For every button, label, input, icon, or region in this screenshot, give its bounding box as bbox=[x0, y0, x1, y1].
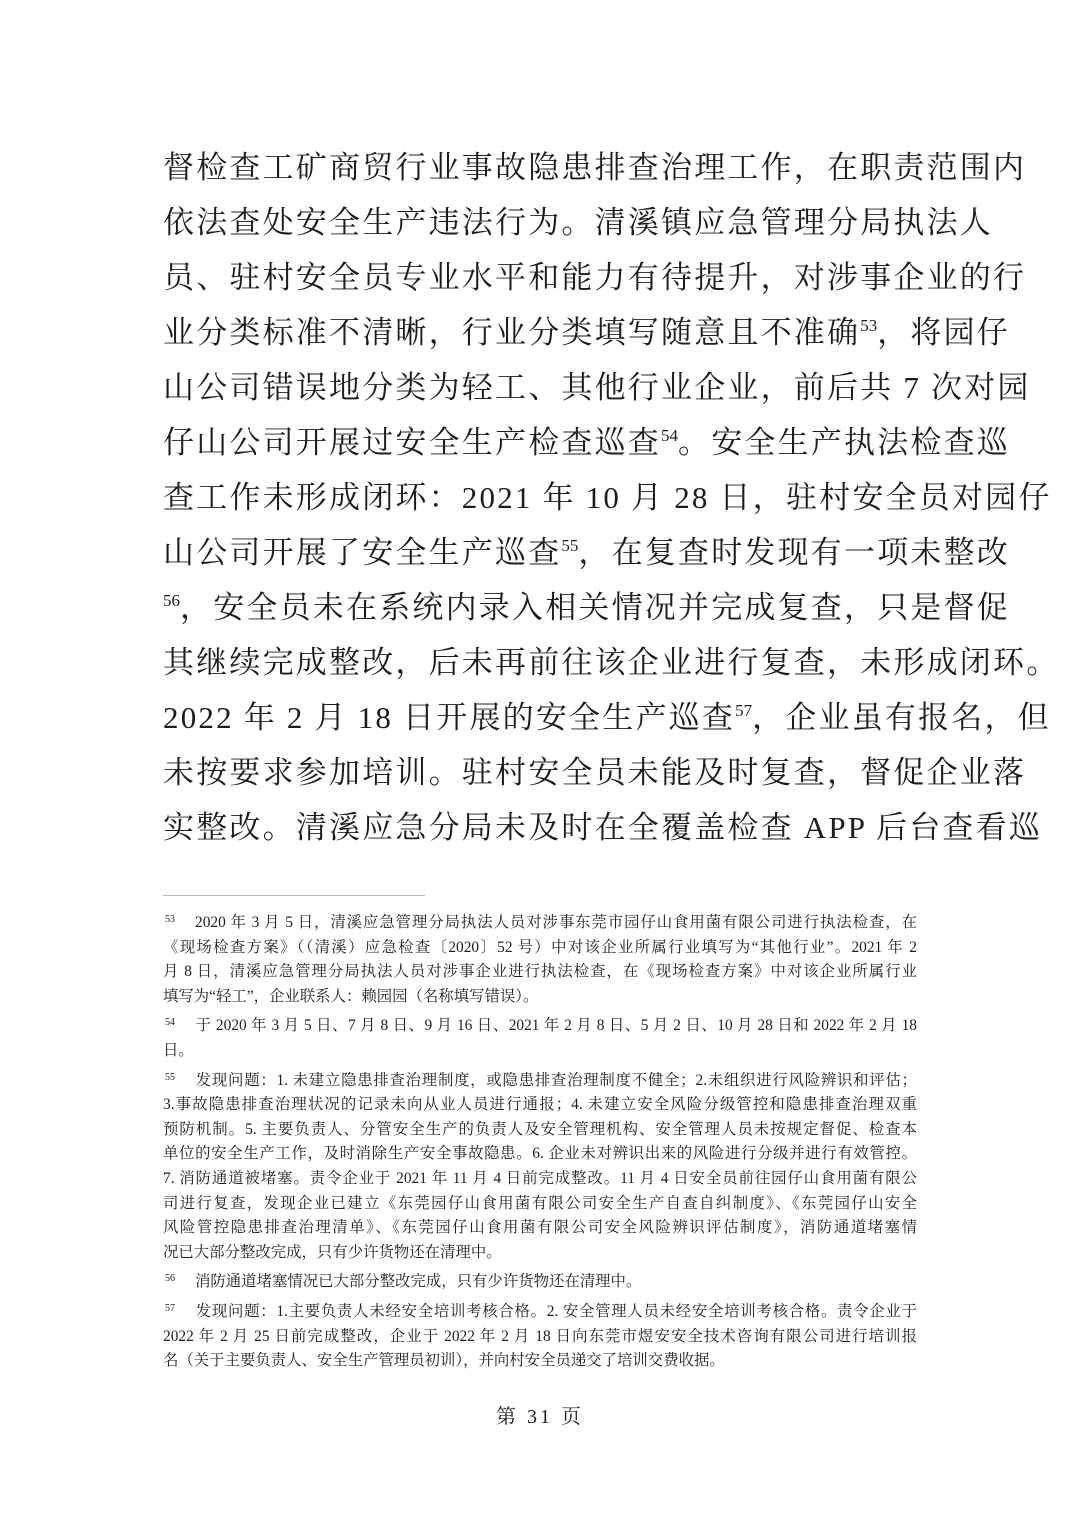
body-line: 2022 年 2 月 18 日开展的安全生产巡查57，企业虽有报名，但 bbox=[163, 690, 917, 745]
body-line: 实整改。清溪应急分局未及时在全覆盖检查 APP 后台查看巡 bbox=[163, 800, 917, 855]
body-line: 其继续完成整改，后未再前往该企业进行复查，未形成闭环。 bbox=[163, 635, 917, 690]
document-page: 督检查工矿商贸行业事故隐患排查治理工作，在职责范围内 依法查处安全生产违法行为。… bbox=[0, 0, 1080, 1528]
footnote-ref-56[interactable]: 56 bbox=[163, 591, 180, 610]
body-line: 员、驻村安全员专业水平和能力有待提升，对涉事企业的行 bbox=[163, 250, 917, 305]
body-line: 56，安全员未在系统内录入相关情况并完成复查，只是督促 bbox=[163, 580, 917, 635]
footnote-separator bbox=[163, 895, 425, 896]
body-paragraph: 督检查工矿商贸行业事故隐患排查治理工作，在职责范围内 依法查处安全生产违法行为。… bbox=[163, 140, 917, 855]
footnote-55: 55发现问题：1. 未建立隐患排查治理制度，或隐患排查治理制度不健全；2.未组织… bbox=[163, 1069, 917, 1266]
body-line: 查工作未形成闭环：2021 年 10 月 28 日，驻村安全员对园仔 bbox=[163, 470, 917, 525]
body-line: 仔山公司开展过安全生产检查巡查54。安全生产执法检查巡 bbox=[163, 415, 917, 470]
footnote-ref-53[interactable]: 53 bbox=[860, 316, 877, 335]
footnote-ref-57[interactable]: 57 bbox=[735, 701, 752, 720]
body-line: 山公司开展了安全生产巡查55，在复查时发现有一项未整改 bbox=[163, 525, 917, 580]
footnotes-section: 532020 年 3 月 5 日，清溪应急管理分局执法人员对涉事东莞市园仔山食用… bbox=[163, 911, 917, 1379]
body-line: 督检查工矿商贸行业事故隐患排查治理工作，在职责范围内 bbox=[163, 140, 917, 195]
page-number: 第 31 页 bbox=[0, 1400, 1080, 1429]
footnote-ref-55[interactable]: 55 bbox=[561, 536, 578, 555]
footnote-57: 57发现问题：1.主要负责人未经安全培训考核合格。2. 安全管理人员未经安全培训… bbox=[163, 1300, 917, 1374]
footnote-53: 532020 年 3 月 5 日，清溪应急管理分局执法人员对涉事东莞市园仔山食用… bbox=[163, 911, 917, 1009]
footnote-56: 56消防通道堵塞情况已大部分整改完成，只有少许货物还在清理中。 bbox=[163, 1270, 917, 1295]
footnote-ref-54[interactable]: 54 bbox=[661, 426, 678, 445]
body-line: 依法查处安全生产违法行为。清溪镇应急管理分局执法人 bbox=[163, 195, 917, 250]
body-line: 未按要求参加培训。驻村安全员未能及时复查，督促企业落 bbox=[163, 745, 917, 800]
body-line: 山公司错误地分类为轻工、其他行业企业，前后共 7 次对园 bbox=[163, 360, 917, 415]
body-line: 业分类标准不清晰，行业分类填写随意且不准确53，将园仔 bbox=[163, 305, 917, 360]
footnote-54: 54于 2020 年 3 月 5 日、7 月 8 日、9 月 16 日、2021… bbox=[163, 1014, 917, 1063]
